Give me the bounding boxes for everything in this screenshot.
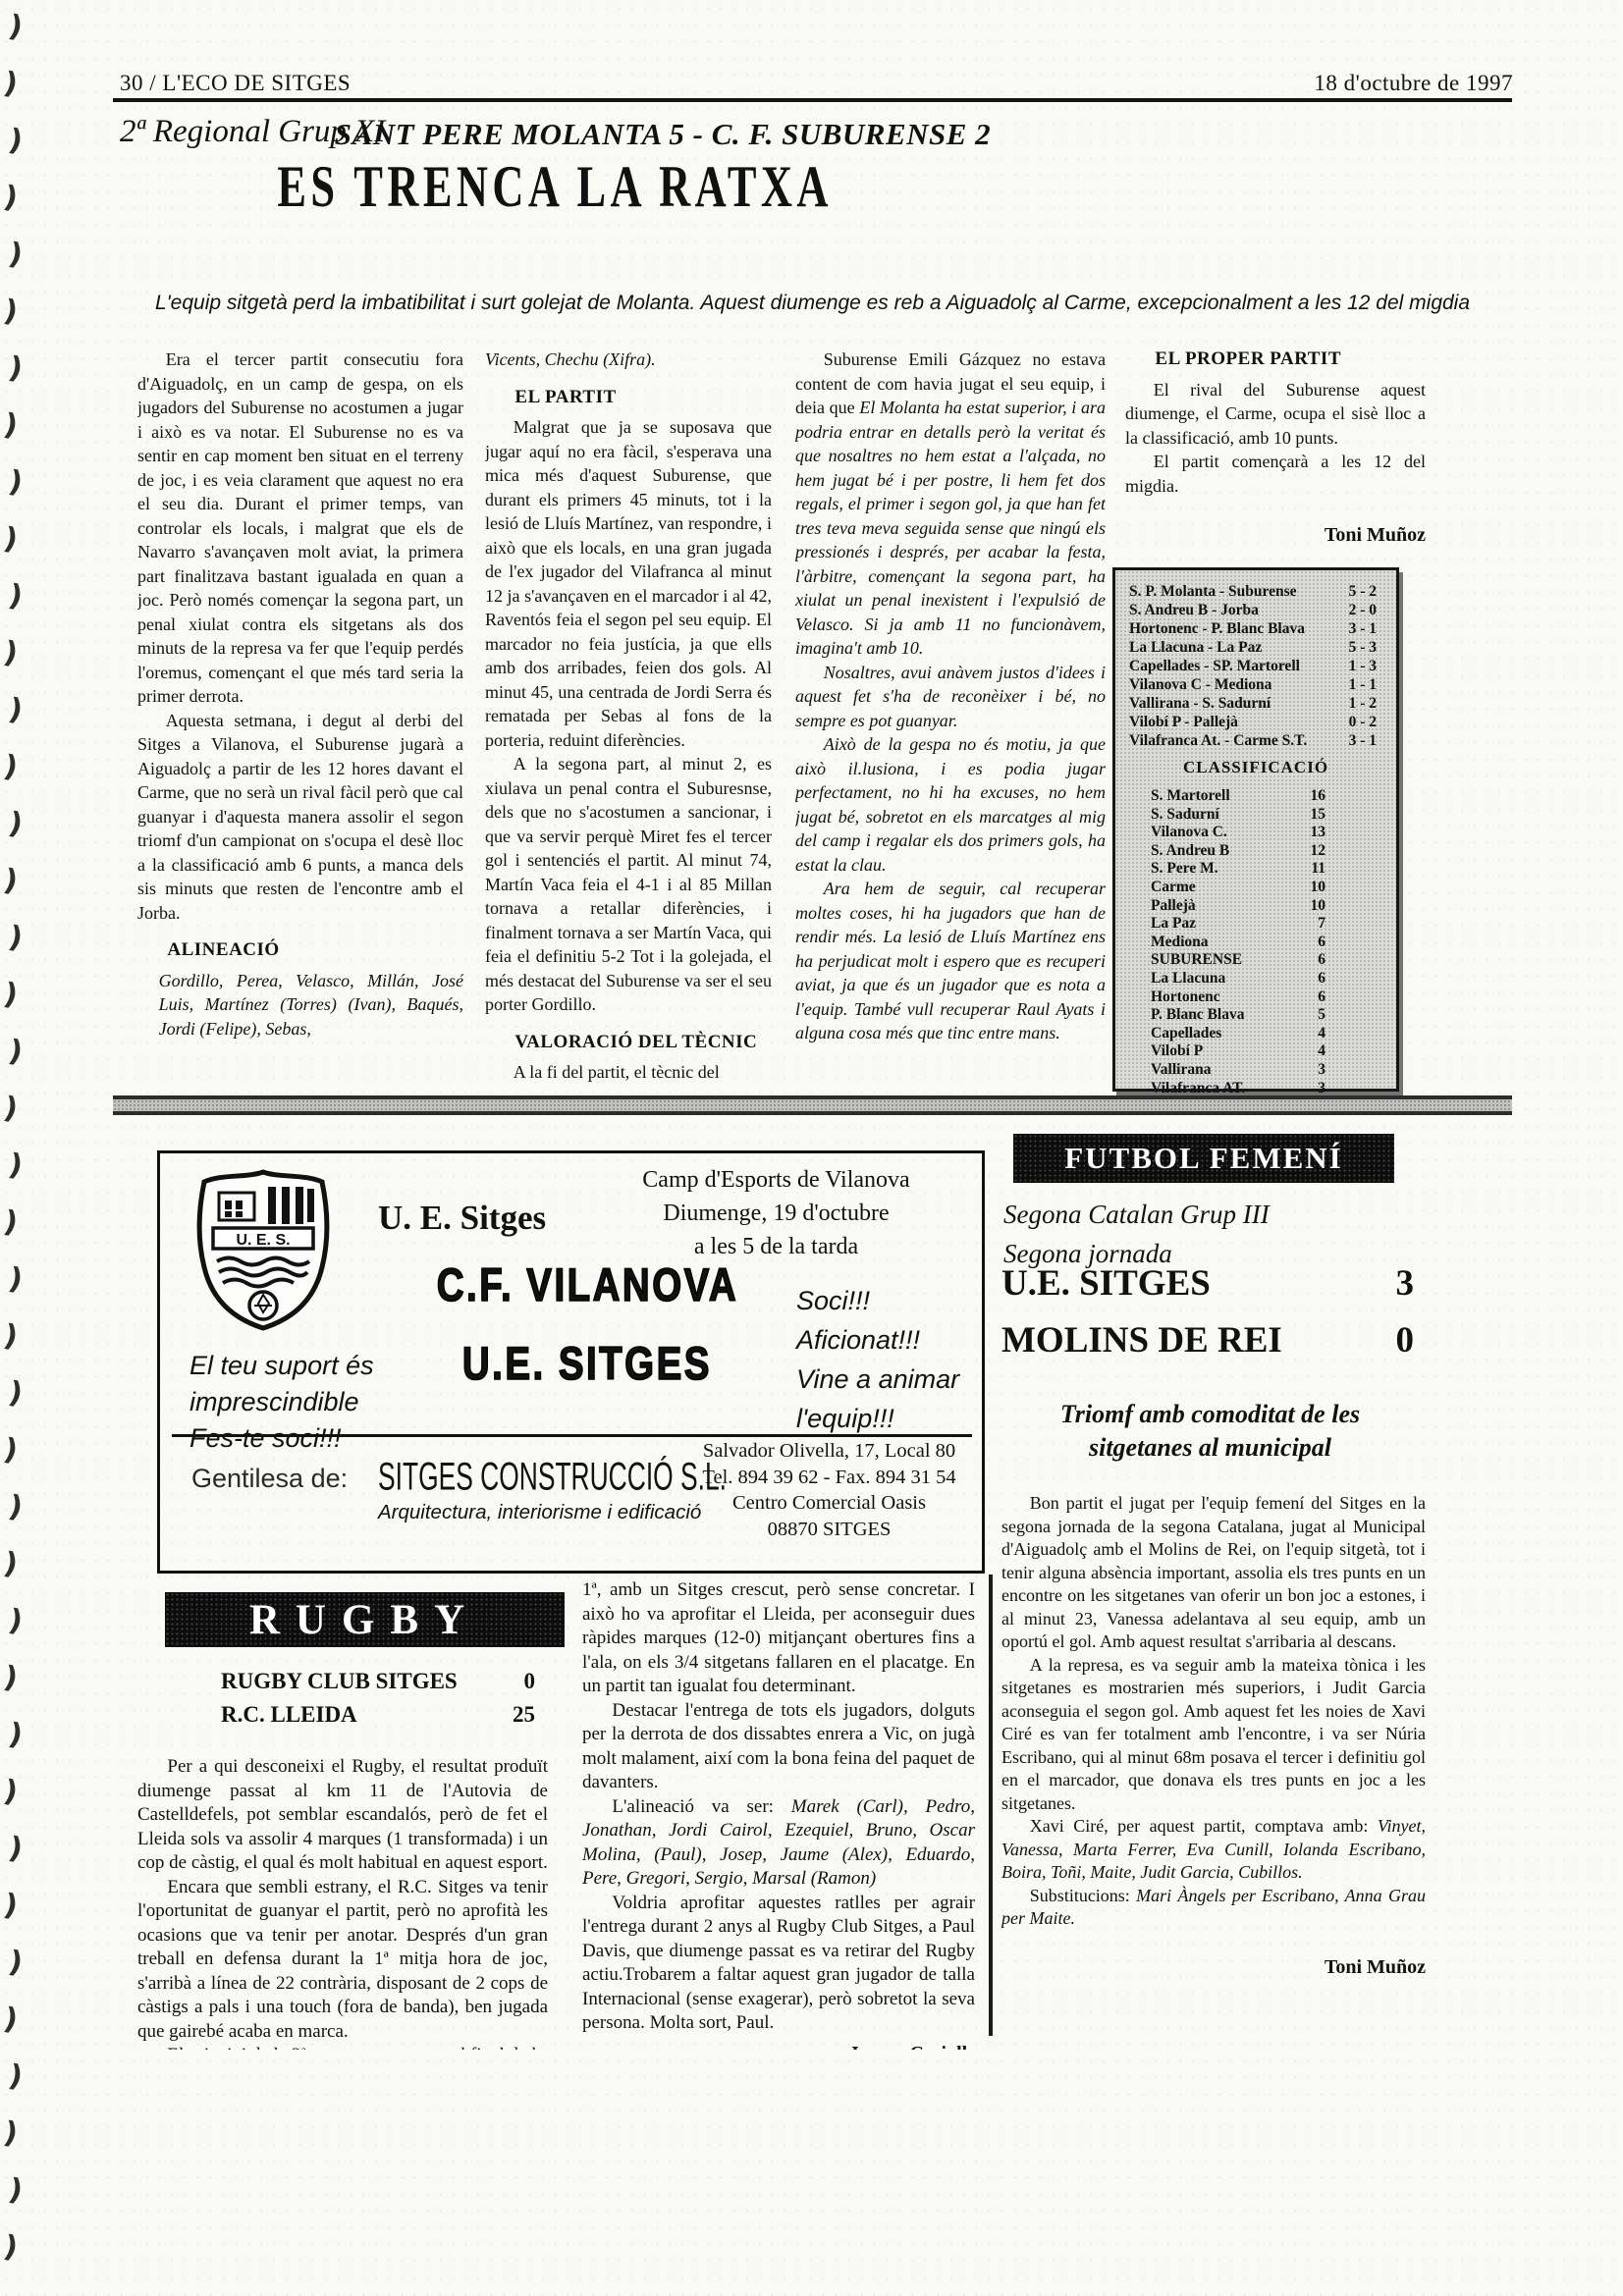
- result-row: S. P. Molanta - Suburense5 - 2: [1129, 582, 1382, 601]
- standing-row: La Paz7: [1129, 915, 1382, 934]
- subheading-el-partit: EL PARTIT: [514, 386, 772, 410]
- article-column-2: Vicents, Chechu (Xifra). EL PARTIT Malgr…: [485, 347, 772, 1095]
- team-name: S. Pere M.: [1151, 860, 1218, 879]
- team-name: La Llacuna: [1151, 970, 1225, 988]
- paragraph: El principi de la 2ª part comença com el…: [137, 2044, 548, 2050]
- result-row: Capellades - SP. Martorell1 - 3: [1129, 657, 1382, 675]
- team-points: 6: [1318, 934, 1325, 952]
- rugby-team1: RUGBY CLUB SITGES: [221, 1665, 458, 1698]
- paragraph: L'alineació va ser: Marek (Carl), Pedro,…: [582, 1795, 975, 1892]
- paragraph: Substitucions: Mari Àngels per Escribano…: [1001, 1885, 1426, 1931]
- club-name: U. E. Sitges: [378, 1199, 546, 1238]
- match-label: Vilobí P - Pallejà: [1129, 713, 1238, 731]
- rugby-byline-author: Jaume Cosialls: [582, 2042, 975, 2051]
- paragraph: Era el tercer partit consecutiu fora d'A…: [137, 347, 463, 709]
- paragraph: A la represa, es va seguir amb la mateix…: [1001, 1654, 1426, 1816]
- team-name: Vilanova C.: [1151, 824, 1227, 842]
- sponsor-address: Salvador Olivella, 17, Local 80 Tel. 894…: [678, 1438, 980, 1542]
- result-row: S. Andreu B - Jorba2 - 0: [1129, 601, 1382, 619]
- rugby-score-row: R.C. LLEIDA25: [221, 1698, 535, 1732]
- paragraph: Aquesta setmana, i degut al derbi del Si…: [137, 709, 463, 926]
- team-points: 15: [1311, 806, 1326, 825]
- femeni-score-row: U.E. SITGES3: [1001, 1262, 1414, 1305]
- column-divider: [989, 1575, 993, 2036]
- rugby-score-row: RUGBY CLUB SITGES0: [221, 1665, 535, 1698]
- rugby-score1: 0: [524, 1665, 536, 1698]
- femeni-deck: Triomf amb comoditat de les sitgetanes a…: [1021, 1398, 1399, 1465]
- lineup-lead: L'alineació va ser:: [612, 1796, 790, 1817]
- standing-row: La Llacuna6: [1129, 970, 1382, 988]
- article-column-3: Suburense Emili Gázquez no estava conten…: [795, 347, 1106, 1095]
- team-name: Hortonenc: [1151, 988, 1220, 1007]
- team-points: 16: [1311, 787, 1326, 806]
- coach-quote: Nosaltres, avui anàvem justos d'idees i …: [795, 661, 1106, 733]
- cheer-text: Soci!!! Aficionat!!! Vine a animar l'equ…: [796, 1281, 959, 1438]
- standing-row: Vilobí P4: [1129, 1042, 1382, 1061]
- coach-quote: Això de la gespa no és motiu, ja que aix…: [795, 732, 1106, 877]
- page-date: 18 d'octubre de 1997: [1314, 71, 1513, 96]
- main-headline: ES TRENCA LA RATXA: [277, 153, 833, 221]
- subs-lead: Substitucions:: [1030, 1886, 1136, 1905]
- match-score: 5 - 2: [1349, 582, 1382, 601]
- standing-row: Mediona6: [1129, 934, 1382, 952]
- match-score: 0 - 2: [1349, 713, 1382, 731]
- standing-row: P. Blanc Blava5: [1129, 1006, 1382, 1025]
- team-points: 12: [1311, 842, 1326, 861]
- match-label: S. P. Molanta - Suburense: [1129, 582, 1297, 601]
- result-row: Vallirana - S. Sadurní1 - 2: [1129, 694, 1382, 713]
- standing-row: S. Martorell16: [1129, 787, 1382, 806]
- team-name: Vilobí P: [1151, 1042, 1203, 1061]
- standing-row: Carme10: [1129, 879, 1382, 897]
- paragraph: Per a qui desconeixi el Rugby, el result…: [137, 1755, 548, 1876]
- match-result-line: SANT PERE MOLANTA 5 - C. F. SUBURENSE 2: [324, 117, 1001, 152]
- match-label: Vallirana - S. Sadurní: [1129, 694, 1271, 713]
- rugby-column-1: Per a qui desconeixi el Rugby, el result…: [137, 1755, 548, 2050]
- support-text: El teu suport és imprescindible Fes-te s…: [189, 1348, 374, 1457]
- paragraph: El rival del Suburense aquest diumenge, …: [1125, 378, 1426, 451]
- team-away-label: U.E. SITGES: [462, 1336, 712, 1390]
- paragraph: 1ª, amb un Sitges crescut, però sense co…: [582, 1578, 975, 1699]
- paragraph: A la fi del partit, el tècnic del: [485, 1060, 772, 1085]
- match-label: Hortonenc - P. Blanc Blava: [1129, 619, 1305, 638]
- result-row: Vilafranca At. - Carme S.T.3 - 1: [1129, 731, 1382, 750]
- match-label: Capellades - SP. Martorell: [1129, 657, 1300, 675]
- team-home-label: C.F. VILANOVA: [436, 1257, 737, 1311]
- ues-crest-icon: U. E. S.: [189, 1167, 337, 1332]
- match-score: 3 - 1: [1349, 731, 1382, 750]
- team-points: 13: [1311, 824, 1326, 842]
- support-line: Fes-te soci!!!: [189, 1420, 374, 1457]
- header-rule: [113, 98, 1512, 102]
- rugby-score2: 25: [513, 1698, 535, 1732]
- support-line: imprescindible: [189, 1384, 374, 1420]
- support-line: El teu suport és: [189, 1348, 374, 1384]
- cheer-line: l'equip!!!: [796, 1399, 959, 1438]
- team-name: Pallejà: [1151, 897, 1196, 916]
- team-name: Capellades: [1151, 1025, 1221, 1043]
- team-points: 10: [1311, 879, 1326, 897]
- femeni-section-header: FUTBOL FEMENÍ: [1013, 1134, 1394, 1183]
- paragraph: A la segona part, al minut 2, es xiulava…: [485, 752, 772, 1017]
- match-label: S. Andreu B - Jorba: [1129, 601, 1259, 619]
- match-score: 1 - 2: [1349, 694, 1382, 713]
- team-points: 11: [1311, 860, 1325, 879]
- team-away: U.E. SITGES: [342, 1336, 833, 1390]
- paragraph: Bon partit el jugat per l'equip femení d…: [1001, 1492, 1426, 1654]
- match-label: Vilanova C - Mediona: [1129, 675, 1271, 694]
- subheading-alineacio: ALINEACIÓ: [167, 938, 463, 963]
- separator-band: [113, 1095, 1512, 1115]
- team-points: 7: [1318, 915, 1325, 934]
- venue-line: Diumenge, 19 d'octubre: [572, 1197, 980, 1230]
- team-name: SUBURENSE: [1151, 951, 1242, 970]
- femeni-score1: 3: [1396, 1262, 1415, 1305]
- page-number-title: 30 / L'ECO DE SITGES: [120, 71, 351, 96]
- address-line: Centro Comercial Oasis: [678, 1490, 980, 1517]
- match-score: 5 - 3: [1349, 638, 1382, 657]
- team-name: S. Sadurní: [1151, 806, 1219, 825]
- femeni-team1: U.E. SITGES: [1001, 1262, 1211, 1305]
- svg-text:U. E. S.: U. E. S.: [236, 1232, 290, 1249]
- femeni-score-row: MOLINS DE REI0: [1001, 1319, 1414, 1362]
- binding-marks: )))))))))))))))))))))))))))))))))))))))): [0, 0, 44, 2296]
- result-row: Vilobí P - Pallejà0 - 2: [1129, 713, 1382, 731]
- match-score: 3 - 1: [1349, 619, 1382, 638]
- paragraph: Encara que sembli estrany, el R.C. Sitge…: [137, 1876, 548, 2045]
- team-name: La Paz: [1151, 915, 1196, 934]
- courtesy-label: Gentilesa de:: [191, 1464, 348, 1494]
- team-points: 6: [1318, 951, 1325, 970]
- article-column-4: EL PROPER PARTIT El rival del Suburense …: [1125, 347, 1426, 573]
- standing-row: S. Sadurní15: [1129, 806, 1382, 825]
- standing-row: Pallejà10: [1129, 897, 1382, 916]
- result-row: Hortonenc - P. Blanc Blava3 - 1: [1129, 619, 1382, 638]
- ues-ad-box: U. E. S. U. E. Sitges Camp d'Esports de …: [157, 1150, 985, 1574]
- standing-row: S. Andreu B12: [1129, 842, 1382, 861]
- address-line: 08870 SITGES: [678, 1517, 980, 1543]
- team-points: 3: [1318, 1061, 1325, 1080]
- paragraph: Voldria aprofitar aquestes ratlles per a…: [582, 1892, 975, 2036]
- match-label: Vilafranca At. - Carme S.T.: [1129, 731, 1307, 750]
- headline-wrap: ES TRENCA LA RATXA: [118, 153, 992, 221]
- femeni-article: Bon partit el jugat per l'equip femení d…: [1001, 1492, 1426, 2042]
- rugby-team2: R.C. LLEIDA: [221, 1698, 357, 1732]
- femeni-competition: Segona Catalan Grup III: [1003, 1200, 1270, 1230]
- team-name: P. Blanc Blava: [1151, 1006, 1244, 1025]
- team-points: 5: [1318, 1006, 1325, 1025]
- cheer-line: Vine a animar: [796, 1360, 959, 1399]
- paragraph: El partit començarà a les 12 del migdia.: [1125, 450, 1426, 498]
- team-name: S. Martorell: [1151, 787, 1230, 806]
- team-points: 4: [1318, 1042, 1325, 1061]
- team-name: Mediona: [1151, 934, 1209, 952]
- newspaper-page: ))))))))))))))))))))))))))))))))))))))))…: [0, 0, 1623, 2296]
- paragraph: Destacar l'entrega de tots els jugadors,…: [582, 1699, 975, 1795]
- standing-row: Capellades4: [1129, 1025, 1382, 1043]
- team-home: C.F. VILANOVA: [342, 1257, 833, 1311]
- paragraph: Xavi Ciré, per aquest partit, comptava a…: [1001, 1815, 1426, 1885]
- femeni-score2: 0: [1396, 1319, 1415, 1362]
- lineup-names: Gordillo, Perea, Velasco, Millán, José L…: [137, 969, 463, 1041]
- team-name: Carme: [1151, 879, 1196, 897]
- standing-row: Hortonenc6: [1129, 988, 1382, 1007]
- cheer-line: Aficionat!!!: [796, 1320, 959, 1360]
- address-line: Tel. 894 39 62 - Fax. 894 31 54: [678, 1465, 980, 1491]
- rugby-column-2: 1ª, amb un Sitges crescut, però sense co…: [582, 1578, 975, 2050]
- results-box: S. P. Molanta - Suburense5 - 2 S. Andreu…: [1112, 567, 1399, 1092]
- byline: Toni Muñoz: [1125, 523, 1426, 548]
- squad-lead: Xavi Ciré, per aquest partit, comptava a…: [1030, 1816, 1378, 1836]
- result-row: La Llacuna - La Paz5 - 3: [1129, 638, 1382, 657]
- venue-block: Camp d'Esports de Vilanova Diumenge, 19 …: [572, 1163, 980, 1263]
- subheading-proper-partit: EL PROPER PARTIT: [1155, 347, 1426, 372]
- subheading-valoracio: VALORACIÓ DEL TÈCNIC: [514, 1031, 772, 1055]
- classification-title: CLASSIFICACIÓ: [1129, 758, 1382, 777]
- team-points: 4: [1318, 1025, 1325, 1043]
- rugby-section-header: RUGBY: [165, 1592, 565, 1647]
- paragraph: Suburense Emili Gázquez no estava conten…: [795, 347, 1106, 661]
- coach-quote: El Molanta ha estat superior, i ara podr…: [795, 398, 1106, 658]
- coach-quote: Ara hem de seguir, cal recuperar moltes …: [795, 877, 1106, 1045]
- paragraph: Malgrat que ja se suposava que jugar aqu…: [485, 415, 772, 752]
- lineup-continuation: Vicents, Chechu (Xifra).: [485, 347, 772, 372]
- standing-row: Vilanova C.13: [1129, 824, 1382, 842]
- ad-divider: [172, 1434, 972, 1437]
- match-label: La Llacuna - La Paz: [1129, 638, 1262, 657]
- article-column-1: Era el tercer partit consecutiu fora d'A…: [137, 347, 463, 1095]
- team-name: S. Andreu B: [1151, 842, 1229, 861]
- venue-line: Camp d'Esports de Vilanova: [572, 1163, 980, 1197]
- sponsor-name: SITGES CONSTRUCCIÓ S.L.: [378, 1454, 727, 1499]
- result-row: Vilanova C - Mediona1 - 1: [1129, 675, 1382, 694]
- standing-row: Vallirana3: [1129, 1061, 1382, 1080]
- femeni-team2: MOLINS DE REI: [1001, 1319, 1282, 1362]
- standfirst: L'equip sitgetà perd la imbatibilitat i …: [113, 292, 1512, 315]
- match-score: 1 - 1: [1349, 675, 1382, 694]
- sponsor-tagline: Arquitectura, interiorisme i edificació: [378, 1501, 701, 1524]
- standing-row: S. Pere M.11: [1129, 860, 1382, 879]
- team-points: 10: [1311, 897, 1326, 916]
- standing-row: SUBURENSE6: [1129, 951, 1382, 970]
- cheer-line: Soci!!!: [796, 1281, 959, 1320]
- match-score: 2 - 0: [1349, 601, 1382, 619]
- match-score: 1 - 3: [1349, 657, 1382, 675]
- team-points: 6: [1318, 970, 1325, 988]
- femeni-byline: Toni Muñoz: [1001, 1956, 1426, 1980]
- team-name: Vallirana: [1151, 1061, 1211, 1080]
- team-points: 6: [1318, 988, 1325, 1007]
- address-line: Salvador Olivella, 17, Local 80: [678, 1438, 980, 1465]
